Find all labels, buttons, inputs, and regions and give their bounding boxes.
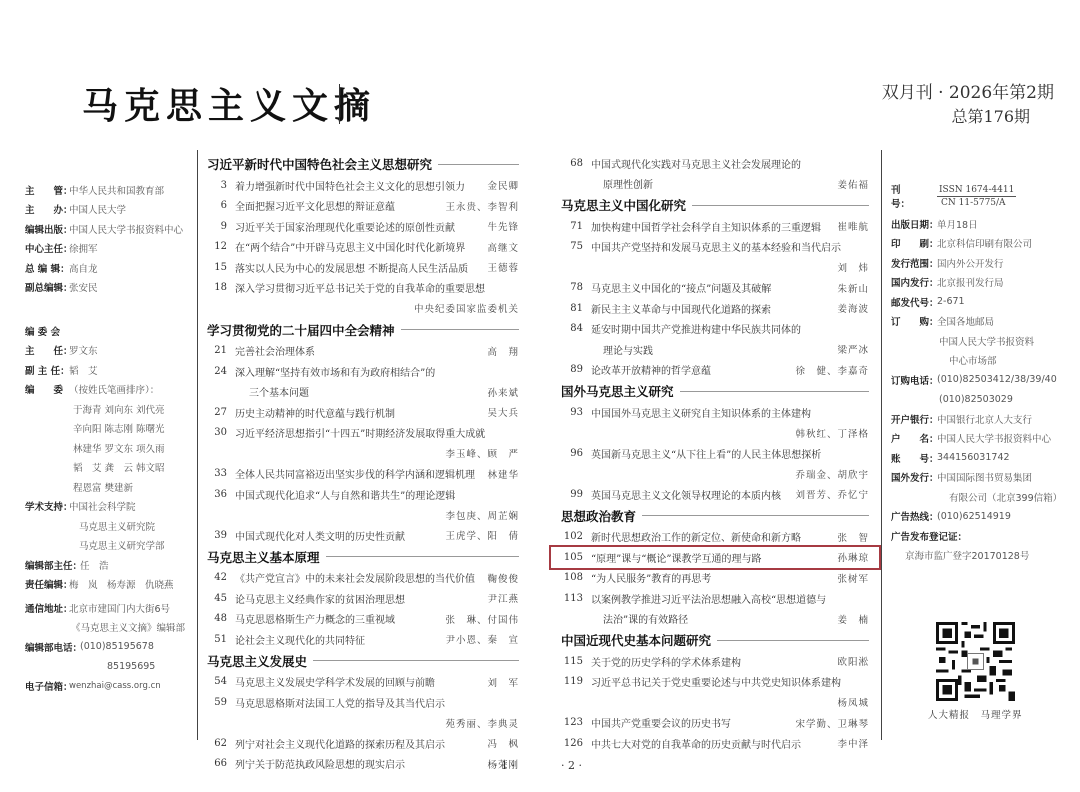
toc-entry[interactable]: 96英国新马克思主义“从下往上看”的人民主体思想探析 xyxy=(561,443,869,464)
toc-entry[interactable]: 24深入理解“坚持有效市场和有为政府相结合”的 xyxy=(207,361,519,382)
toc-author-line: 乔瑞金、胡欣宇 xyxy=(561,464,869,485)
toc-column-right: 68中国式现代化实践对马克思主义社会发展理论的 原理性创新姜佑福 马克思主义中国… xyxy=(561,153,869,754)
committee-title: 编 委 会 xyxy=(25,321,195,341)
committee-vice-chair: 副 主 任：韬 艾 xyxy=(25,360,195,380)
toc-entry[interactable]: 126中共七大对党的自我革命的历史贡献与时代启示李中泽 xyxy=(561,733,869,754)
domestic-distribution: 国内发行：北京报刊发行局 xyxy=(891,273,1076,293)
page-number-left: · 1 · xyxy=(494,759,515,772)
responsible-editors: 责任编辑：梅 岚 杨寿源 仇晓燕 xyxy=(25,575,195,595)
section-heading: 马克思主义基本原理 xyxy=(207,546,519,568)
toc-author-line: 杨凤城 xyxy=(561,692,869,713)
toc-entry[interactable]: 78马克思主义中国化的“接点”问题及其破解朱新山 xyxy=(561,278,869,299)
section-rule xyxy=(717,640,869,641)
printer: 印 刷：北京科信印刷有限公司 xyxy=(891,234,1076,254)
info-row-editor-in-chief: 总 编 辑：高自龙 xyxy=(25,258,195,278)
toc-entry[interactable]: 59马克思恩格斯对法国工人党的指导及其当代启示 xyxy=(207,692,519,713)
toc-entry[interactable]: 113以案例教学推进习近平法治思想融入高校“思想道德与 xyxy=(561,588,869,609)
order-phone: 订购电话：(010)82503412/38/39/40 xyxy=(891,370,1076,390)
divider-right xyxy=(881,150,882,740)
section-rule xyxy=(313,660,519,661)
info-row-deputy-editor: 副总编辑：张安民 xyxy=(25,278,195,298)
toc-entry[interactable]: 71加快构建中国哲学社会科学自主知识体系的三重逻辑崔唯航 xyxy=(561,216,869,237)
section-rule xyxy=(326,556,519,557)
section-rule xyxy=(692,205,869,206)
toc-entry[interactable]: 15落实以人民为中心的发展思想 不断提高人民生活品质王德蓉 xyxy=(207,257,519,278)
postal-code: 邮发代号：2-671 xyxy=(891,292,1076,312)
pub-date: 出版日期：单月18日 xyxy=(891,214,1076,234)
academic-support: 学术支持：中国社会科学院 xyxy=(25,497,195,517)
issn-numbers: ISSN 1674-4411 CN 11-5775/A xyxy=(937,185,1016,208)
toc-entry[interactable]: 123中国共产党重要会议的历史书写宋学勤、卫琳琴 xyxy=(561,713,869,734)
section-rule xyxy=(642,515,869,516)
section-heading: 思想政治教育 xyxy=(561,505,869,527)
toc-entry[interactable]: 36中国式现代化追求“人与自然和谐共生”的理论逻辑 xyxy=(207,484,519,505)
committee-chair: 主 任：罗文东 xyxy=(25,341,195,361)
department-director: 编辑部主任：任 浩 xyxy=(25,555,195,575)
toc-entry[interactable]: 18深入学习贯彻习近平总书记关于党的自我革命的重要思想 xyxy=(207,278,519,299)
member-line: 韬 艾 龚 云 韩文昭 xyxy=(25,458,195,478)
toc-entry[interactable]: 66列宁关于防范执政风险思想的现实启示杨荣刚 xyxy=(207,754,519,775)
toc-entry[interactable]: 68中国式现代化实践对马克思主义社会发展理论的 xyxy=(561,153,869,174)
toc-entry[interactable]: 33全体人民共同富裕迈出坚实步伐的科学内涵和逻辑机理林建华 xyxy=(207,464,519,485)
toc-entry[interactable]: 6全面把握习近平文化思想的辩证意蕴王永贵、李智利 xyxy=(207,196,519,217)
toc-entry-highlighted[interactable]: 105“原理”课与“概论”课教学互通的理与路孙琳琼 xyxy=(551,547,879,568)
toc-entry-continuation[interactable]: 原理性创新姜佑福 xyxy=(561,174,869,195)
toc-entry[interactable]: 75中国共产党坚持和发展马克思主义的基本经验和当代启示 xyxy=(561,237,869,258)
toc-entry[interactable]: 108“为人民服务”教育的再思考张树军 xyxy=(561,568,869,589)
order-info-line: 中心市场部 xyxy=(891,351,1076,371)
account-name: 户 名：中国人民大学书报资料中心 xyxy=(891,429,1076,449)
toc-entry-continuation[interactable]: 三个基本问题孙来斌 xyxy=(207,382,519,403)
toc-author-line: 李玉峰、顾 严 xyxy=(207,443,519,464)
toc-author-line: 韩秋红、丁泽格 xyxy=(561,423,869,444)
toc-entry[interactable]: 39中国式现代化对人类文明的历史性贡献王虎学、阳 倩 xyxy=(207,525,519,546)
publication-info: 刊 号： ISSN 1674-4411 CN 11-5775/A 出版日期：单月… xyxy=(891,180,1076,565)
editorial-info: 主 管：中华人民共和国教育部 主 办：中国人民大学 编辑出版：中国人民大学书报资… xyxy=(25,180,195,696)
toc-author-line: 李包庚、周芷娴 xyxy=(207,505,519,526)
foreign-distribution: 国外发行：中国国际图书贸易集团 xyxy=(891,468,1076,488)
order-info-line: 中国人民大学书报资料 xyxy=(891,331,1076,351)
ad-registration-value: 京海市监广登字20170128号 xyxy=(891,546,1076,566)
member-line: 林建华 罗文东 项久雨 xyxy=(25,438,195,458)
toc-entry[interactable]: 3着力增强新时代中国特色社会主义文化的思想引领力金民卿 xyxy=(207,175,519,196)
section-rule xyxy=(680,391,869,392)
committee-members: 于海青 刘向东 刘代亮 辛向阳 陈志刚 陈曙光 林建华 罗文东 项久雨 韬 艾 … xyxy=(25,399,195,497)
member-line: 程恩富 樊建新 xyxy=(25,477,195,497)
info-row-publisher: 编辑出版：中国人民大学书报资料中心 xyxy=(25,219,195,239)
academic-support-line: 马克思主义研究学部 xyxy=(25,536,195,556)
bank: 开户银行：中国银行北京人大支行 xyxy=(891,409,1076,429)
ad-registration-label: 广告发布登记证： xyxy=(891,526,1076,546)
section-heading: 习近平新时代中国特色社会主义思想研究 xyxy=(207,153,519,175)
section-heading: 中国近现代史基本问题研究 xyxy=(561,629,869,651)
email-link[interactable]: wenzhai@cass.org.cn xyxy=(69,681,161,691)
page-number-right: · 2 · xyxy=(561,759,582,772)
mailing-address-line: 《马克思主义文摘》编辑部 xyxy=(25,618,195,638)
info-row-sponsor: 主 办：中国人民大学 xyxy=(25,200,195,220)
toc-entry[interactable]: 84延安时期中国共产党推进构建中华民族共同体的 xyxy=(561,319,869,340)
ad-hotline: 广告热线：(010)62514919 xyxy=(891,507,1076,527)
mailing-address: 通信地址：北京市建国门内大街6号 xyxy=(25,598,195,618)
academic-support-line: 马克思主义研究院 xyxy=(25,516,195,536)
toc-entry[interactable]: 119习近平总书记关于党史重要论述与中共党史知识体系建构 xyxy=(561,672,869,693)
toc-entry[interactable]: 54马克思主义发展史学科学术发展的回顾与前瞻刘 军 xyxy=(207,672,519,693)
info-row-center-director: 中心主任：徐拥军 xyxy=(25,239,195,259)
order-phone-line: (010)82503029 xyxy=(891,390,1076,410)
editorial-phone-line: 85195695 xyxy=(25,657,195,677)
toc-entry[interactable]: 62列宁对社会主义现代化道路的探索历程及其启示冯 枫 xyxy=(207,733,519,754)
toc-entry-continuation[interactable]: 理论与实践梁严冰 xyxy=(561,339,869,360)
email: 电子信箱：wenzhai@cass.org.cn xyxy=(25,676,195,696)
toc-entry[interactable]: 42《共产党宣言》中的未来社会发展阶段思想的当代价值鞠俊俊 xyxy=(207,568,519,589)
text-cursor xyxy=(339,84,340,124)
toc-entry[interactable]: 51论社会主义现代化的共同特征尹小恩、秦 宣 xyxy=(207,629,519,650)
editorial-phone: 编辑部电话：(010)85195678 xyxy=(25,637,195,657)
toc-entry[interactable]: 93中国国外马克思主义研究自主知识体系的主体建构 xyxy=(561,402,869,423)
toc-entry[interactable]: 115关于党的历史学科的学术体系建构欧阳淞 xyxy=(561,651,869,672)
section-heading: 马克思主义发展史 xyxy=(207,650,519,672)
toc-entry[interactable]: 30习近平经济思想指引“十四五”时期经济发展取得重大成就 xyxy=(207,423,519,444)
toc-entry[interactable]: 89论改革开放精神的哲学意蕴徐 健、李嘉奇 xyxy=(561,360,869,381)
toc-entry[interactable]: 12在“两个结合”中开辟马克思主义中国化时代化新境界高继文 xyxy=(207,237,519,258)
section-heading: 马克思主义中国化研究 xyxy=(561,194,869,216)
toc-entry-continuation[interactable]: 法治”课的有效路径姜 楠 xyxy=(561,609,869,630)
toc-author-line: 中央纪委国家监委机关 xyxy=(207,298,519,319)
order-info: 订 购：全国各地邮局 xyxy=(891,312,1076,332)
committee-members-label: 编 委（按姓氏笔画排序）： xyxy=(25,380,195,400)
toc-entry[interactable]: 21完善社会治理体系高 翔 xyxy=(207,341,519,362)
issn-block: 刊 号： ISSN 1674-4411 CN 11-5775/A xyxy=(891,180,1076,212)
foreign-distribution-line: 有限公司（北京399信箱） xyxy=(891,487,1076,507)
section-rule xyxy=(401,329,519,330)
toc-author-line: 刘 炜 xyxy=(561,257,869,278)
toc-entry[interactable]: 102新时代思想政治工作的新定位、新使命和新方略张 智 xyxy=(561,527,869,548)
section-rule xyxy=(438,164,519,165)
toc-author-line: 苑秀丽、李典灵 xyxy=(207,713,519,734)
distribution-scope: 发行范围：国内外公开发行 xyxy=(891,253,1076,273)
issue-number: 双月刊 · 2026年第2期 xyxy=(882,78,1054,103)
qr-code-icon[interactable] xyxy=(936,622,1015,701)
section-heading: 国外马克思主义研究 xyxy=(561,380,869,402)
toc-entry[interactable]: 81新民主主义革命与中国现代化道路的探索姜海波 xyxy=(561,298,869,319)
toc-entry[interactable]: 27历史主动精神的时代意蕴与践行机制吴大兵 xyxy=(207,402,519,423)
info-row-supervisor: 主 管：中华人民共和国教育部 xyxy=(25,180,195,200)
account-number: 账 号：344156031742 xyxy=(891,448,1076,468)
toc-entry[interactable]: 48马克思恩格斯生产力概念的三重视域张 琳、付国伟 xyxy=(207,609,519,630)
total-issue-number: 总第176期 xyxy=(951,104,1030,127)
member-line: 于海青 刘向东 刘代亮 xyxy=(25,399,195,419)
member-line: 辛向阳 陈志刚 陈曙光 xyxy=(25,419,195,439)
toc-entry[interactable]: 45论马克思主义经典作家的贫困治理思想尹江燕 xyxy=(207,588,519,609)
divider-left xyxy=(197,150,198,740)
toc-entry[interactable]: 99英国马克思主义文化领导权理论的本质内核刘晋芳、乔忆宁 xyxy=(561,484,869,505)
qr-caption: 人大精报 马理学界 xyxy=(928,707,1023,721)
toc-entry[interactable]: 9习近平关于国家治理现代化重要论述的原创性贡献牛先锋 xyxy=(207,216,519,237)
toc-column-middle: 习近平新时代中国特色社会主义思想研究 3着力增强新时代中国特色社会主义文化的思想… xyxy=(207,153,519,774)
section-heading: 学习贯彻党的二十届四中全会精神 xyxy=(207,319,519,341)
journal-title: 马克思主义文摘 xyxy=(82,78,376,129)
